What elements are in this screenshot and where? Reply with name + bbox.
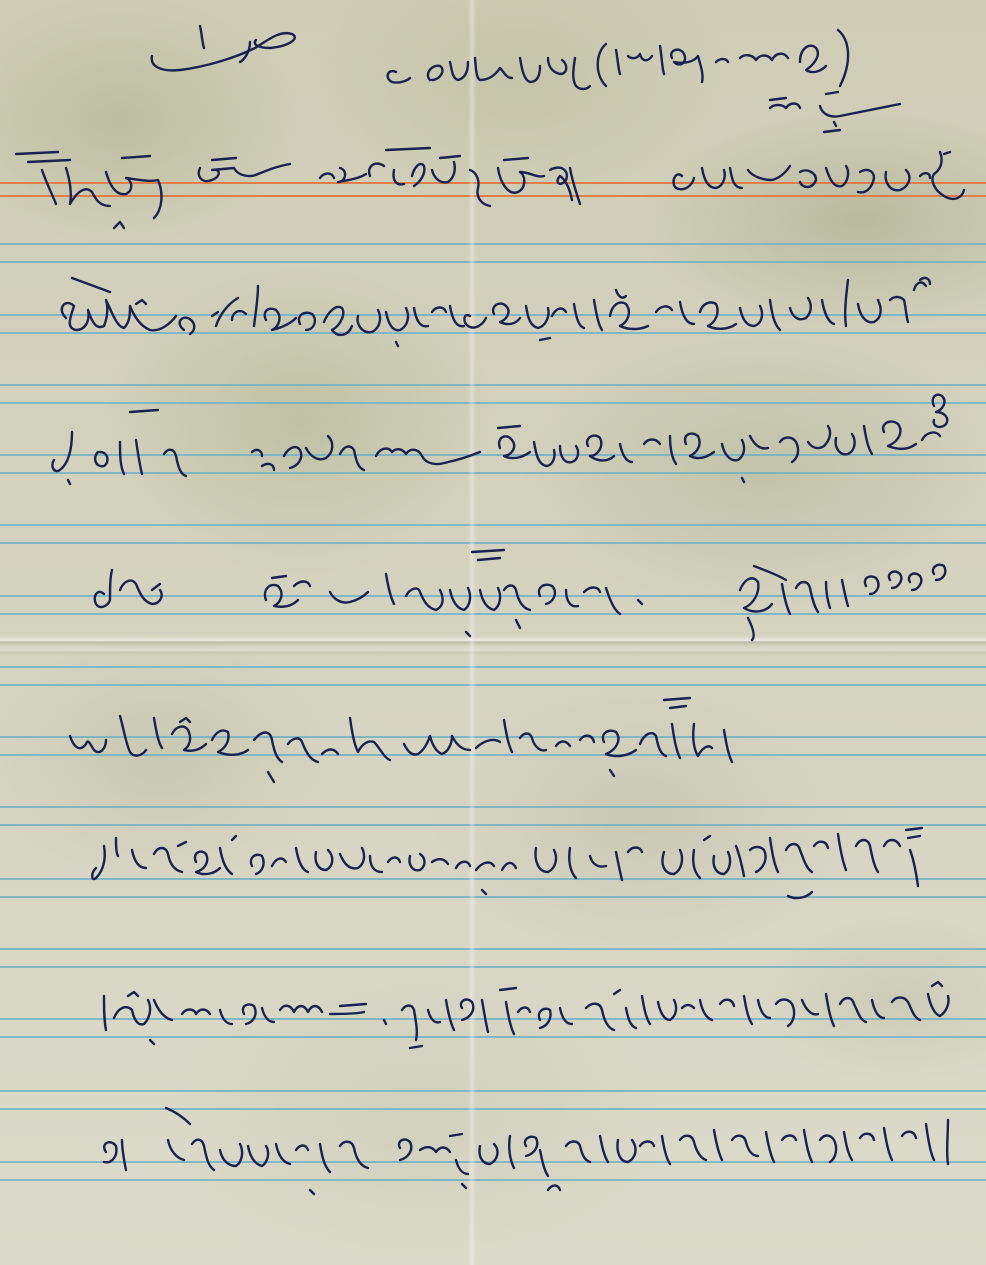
handwriting-line-7 — [104, 982, 949, 1048]
handwriting-line-6 — [92, 828, 922, 898]
header-title-glyphs — [388, 30, 848, 89]
handwriting-line-4 — [95, 550, 946, 640]
subtitle-note-glyphs — [770, 92, 900, 132]
handwritten-page: ص ١ (غصن الزيتون) سلت بقة Arabic shortha… — [0, 0, 986, 1265]
handwriting-line-1 — [16, 148, 964, 228]
handwriting-line-3 — [52, 395, 947, 484]
handwriting-line-5 — [70, 698, 732, 782]
page-marker-glyph — [152, 26, 295, 70]
handwriting-line-8 — [104, 1108, 948, 1194]
handwriting-line-2 — [62, 278, 930, 346]
handwriting — [0, 0, 986, 1265]
